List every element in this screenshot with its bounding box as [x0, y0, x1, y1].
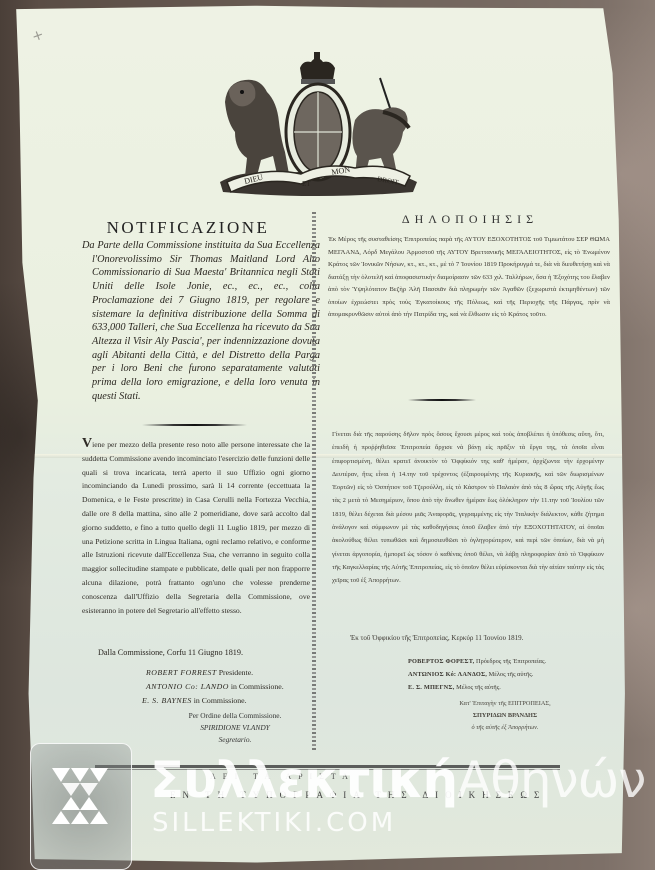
italian-signature-2: ANTONIO Co: LANDO in Commissione.: [146, 682, 284, 691]
italian-intro-paragraph: Da Parte della Commissione instituita da…: [82, 239, 320, 403]
royal-coat-of-arms-icon: DIEU ET MON DROIT: [205, 50, 430, 200]
ornamental-column-rule: [312, 212, 316, 752]
watermark-brand: ΣυλλεκτικήΑθηνών: [150, 752, 645, 808]
watermark-url: SILLEKTIKI.COM: [152, 808, 396, 838]
greek-secretary-role: ὁ τῆς αὐτῆς ἐξ Ἀπορρήτων.: [440, 724, 570, 731]
greek-dateline: Ἐκ τοῦ Ὀφφικίου τῆς Ἐπιτροπείας, Κερκύρ …: [350, 634, 523, 642]
drop-cap: V: [82, 436, 92, 451]
italian-body-paragraph: Viene per mezzo della presente reso noto…: [82, 437, 310, 617]
watermark-brand-light: Αθηνών: [457, 751, 645, 809]
italian-dateline: Dalla Commissione, Corfu 11 Giugno 1819.: [98, 648, 243, 657]
greek-body-paragraph: Γίνεται διὰ τῆς παρούσης δῆλον πρὸς ὅσου…: [332, 428, 604, 588]
greek-secretary-name: ΣΠΥΡΙΔΩΝ ΒΡΑΝΔΗΣ: [440, 712, 570, 719]
italian-title: NOTIFICAZIONE: [88, 218, 288, 238]
italian-order-line: Per Ordine della Commissione.: [180, 711, 290, 720]
italian-signature-3: E. S. BAYNES in Commissione.: [142, 696, 247, 705]
watermark-brand-bold: Συλλεκτική: [150, 751, 457, 809]
italian-secretary-role: Segretario.: [180, 735, 290, 744]
greek-order-line: Κατ' Ἐπιταγὴν τῆς ΕΠΙΤΡΟΠΕΙΑΣ,: [440, 700, 570, 707]
greek-signature-3: Ε. Σ. ΜΠΕΓΝΣ, Μέλος τῆς αὐτῆς.: [408, 684, 501, 691]
greek-signature-1: ΡΟΒΕΡΤΟΣ ΦΟΡΕΣΤ, Πρόεδρος τῆς Ἐπιτροπεία…: [408, 658, 546, 665]
italian-signature-1: ROBERT FORREST Presidente.: [146, 668, 253, 677]
italian-secretary-name: SPIRIDIONE VLANDY: [180, 723, 290, 732]
greek-intro-paragraph: Ἐκ Μέρος τῆς συσταθείσης Ἐπιτροπείας παρ…: [328, 234, 610, 322]
italian-body-text: iene per mezzo della presente reso noto …: [82, 440, 310, 615]
italian-section-divider: [142, 424, 247, 426]
greek-signature-2: ΑΝΤΩΝΙΟΣ Κό: ΛΑΝΔΟΣ, Μέλος τῆς αὐτῆς.: [408, 671, 533, 678]
greek-section-divider: [408, 399, 476, 401]
triangle-mosaic-logo-icon: [52, 768, 108, 824]
svg-text:ET: ET: [302, 180, 311, 188]
greek-title: ΔΗΛΟΠΟΙΗΣΙΣ: [390, 212, 550, 227]
